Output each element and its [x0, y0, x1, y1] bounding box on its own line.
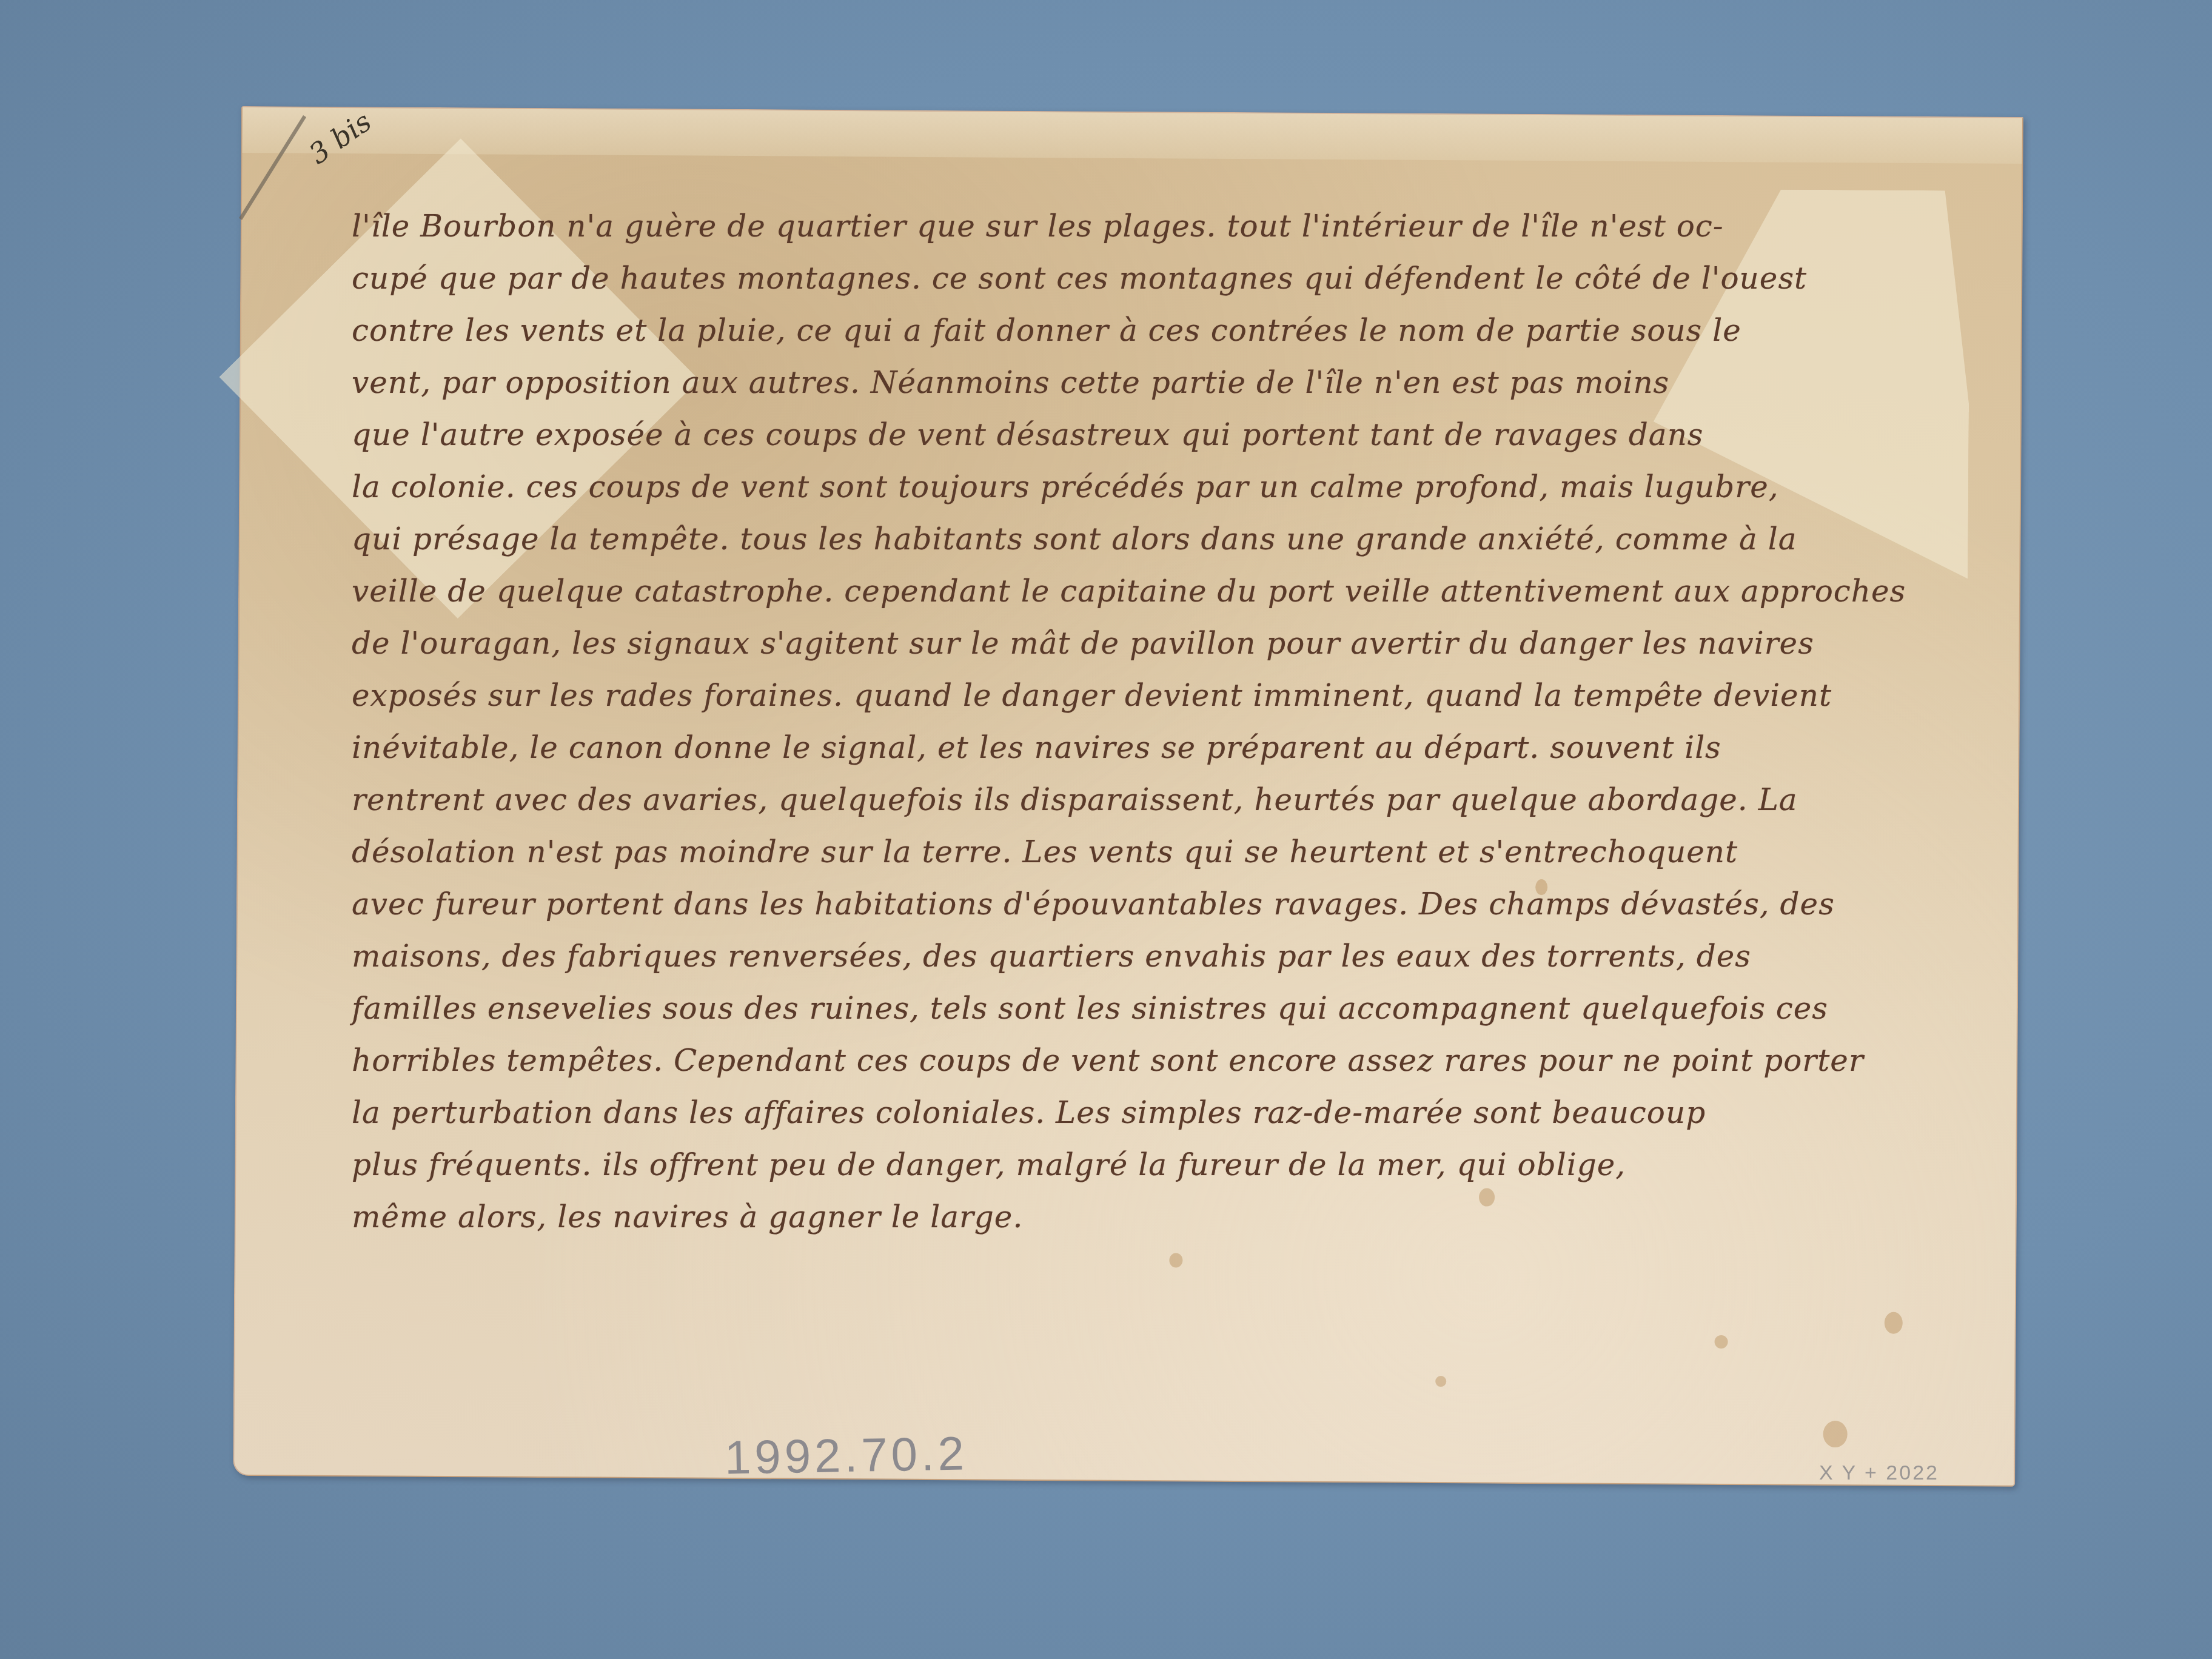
foxing-stain — [1435, 1376, 1446, 1387]
manuscript-line: contre les vents et la pluie, ce qui a f… — [352, 304, 1916, 357]
manuscript-line: que l'autre exposée à ces coups de vent … — [352, 409, 1916, 461]
manuscript-line: de l'ouragan, les signaux s'agitent sur … — [352, 617, 1916, 669]
corner-pencil-code: X Y + 2022 — [1819, 1461, 1939, 1485]
foxing-stain — [1715, 1335, 1728, 1349]
manuscript-line: l'île Bourbon n'a guère de quartier que … — [352, 200, 1916, 252]
manuscript-line: cupé que par de hautes montagnes. ce son… — [352, 252, 1916, 304]
manuscript-line: exposés sur les rades foraines. quand le… — [352, 669, 1916, 722]
paper-top-band — [243, 107, 2022, 164]
foxing-stain — [1169, 1253, 1182, 1267]
manuscript-line: maisons, des fabriques renversées, des q… — [352, 930, 1916, 982]
manuscript-line: familles ensevelies sous des ruines, tel… — [352, 982, 1916, 1034]
manuscript-line: désolation n'est pas moindre sur la terr… — [352, 826, 1916, 878]
manuscript-line: avec fureur portent dans les habitations… — [352, 878, 1916, 930]
manuscript-line: veille de quelque catastrophe. cependant… — [352, 565, 1916, 617]
manuscript-text: l'île Bourbon n'a guère de quartier que … — [352, 200, 1916, 1243]
foxing-stain — [1885, 1312, 1903, 1334]
manuscript-line: même alors, les navires à gagner le larg… — [352, 1191, 1916, 1243]
manuscript-line: rentrent avec des avaries, quelquefois i… — [352, 774, 1916, 826]
manuscript-line: la perturbation dans les affaires coloni… — [352, 1087, 1916, 1139]
foxing-stain — [1823, 1421, 1848, 1447]
manuscript-line: horribles tempêtes. Cependant ces coups … — [352, 1034, 1916, 1087]
accession-number: 1992.70.2 — [724, 1426, 968, 1486]
manuscript-line: la colonie. ces coups de vent sont toujo… — [352, 461, 1916, 513]
manuscript-line: plus fréquents. ils offrent peu de dange… — [352, 1139, 1916, 1191]
manuscript-line: vent, par opposition aux autres. Néanmoi… — [352, 357, 1916, 409]
manuscript-line: inévitable, le canon donne le signal, et… — [352, 722, 1916, 774]
manuscript-line: qui présage la tempête. tous les habitan… — [352, 513, 1916, 565]
